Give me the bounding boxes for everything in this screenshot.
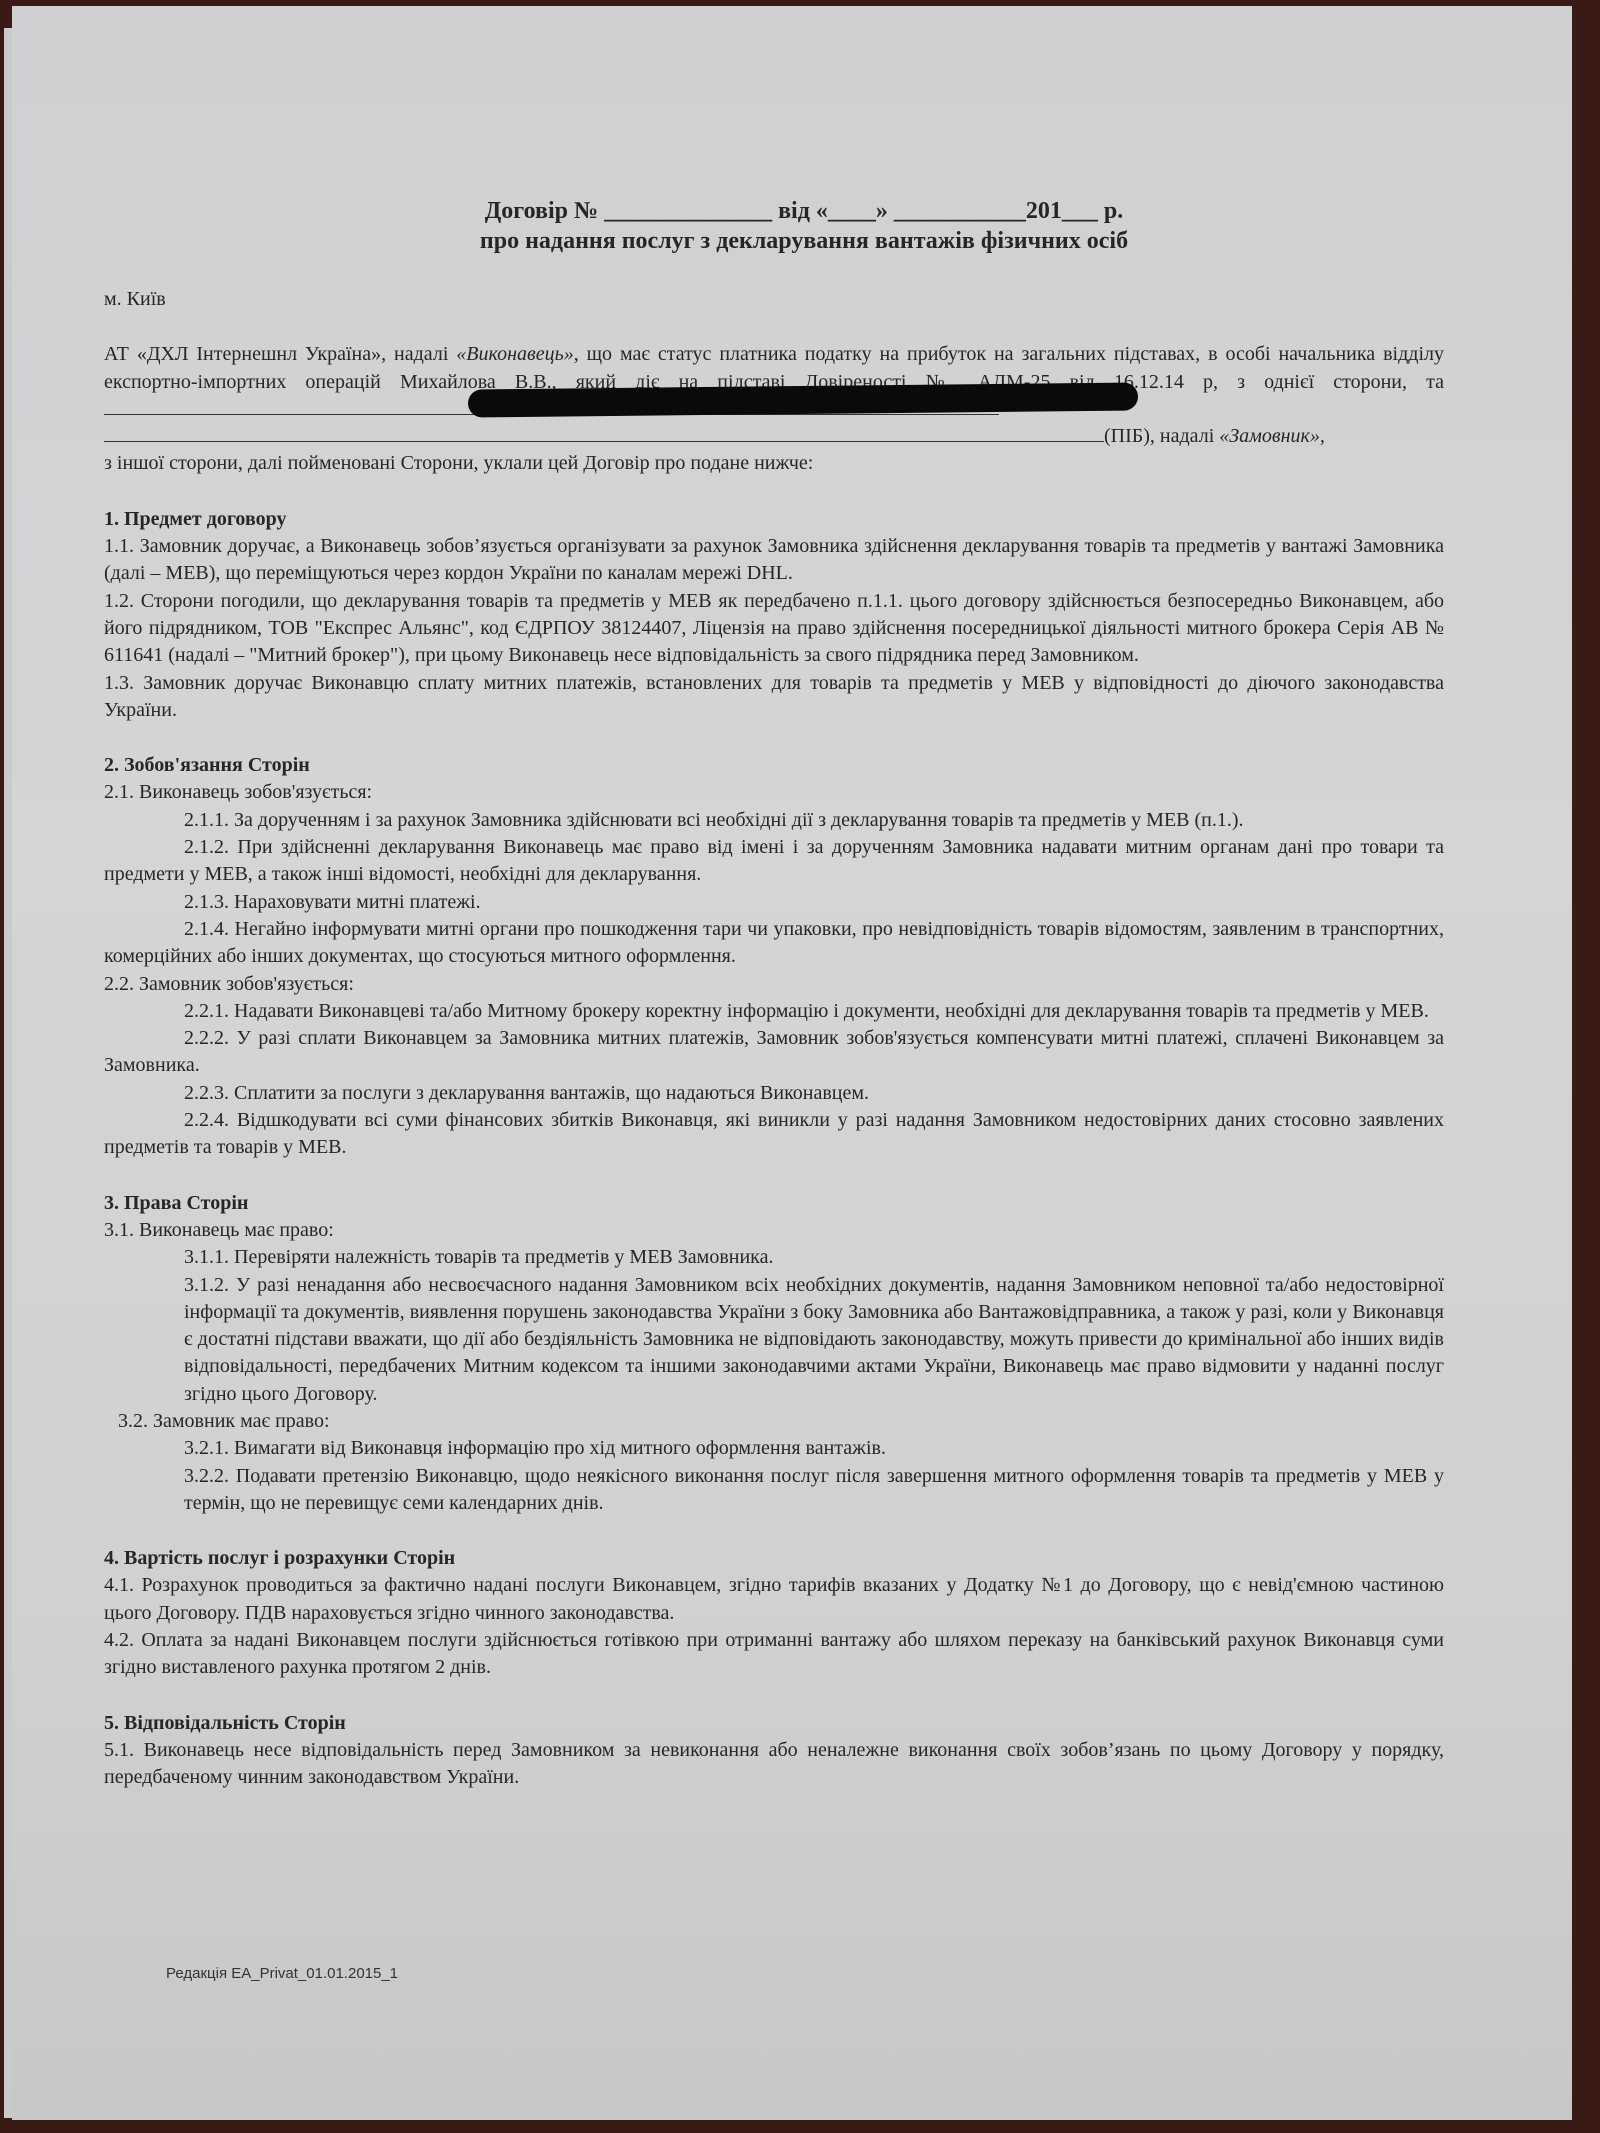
title-line-1: Договір № ______________ від «____» ____… xyxy=(164,196,1444,226)
title-line-2: про надання послуг з декларування вантаж… xyxy=(164,226,1444,256)
section-heading: 2. Зобов'язання Сторін xyxy=(104,752,1444,779)
clause: 1.2. Сторони погодили, що декларування т… xyxy=(104,588,1444,670)
revision-footer: Редакція EA_Privat_01.01.2015_1 xyxy=(166,1965,398,1982)
clause: 2.1.4. Негайно інформувати митні органи … xyxy=(104,916,1444,971)
clause: 4.1. Розрахунок проводиться за фактично … xyxy=(104,1572,1444,1627)
clause: 3.2.2. Подавати претензію Виконавцю, щод… xyxy=(104,1463,1444,1518)
city: м. Київ xyxy=(104,286,1444,313)
clause: 2.1.1. За дорученням і за рахунок Замовн… xyxy=(104,807,1444,834)
document-page: Договір № ______________ від «____» ____… xyxy=(12,6,1572,2120)
section-heading: 3. Права Сторін xyxy=(104,1190,1444,1217)
subsection: 3.2. Замовник має право: xyxy=(104,1408,1444,1435)
subsection: 3.1. Виконавець має право: xyxy=(104,1217,1444,1244)
clause: 3.1.2. У разі ненадання або несвоєчасног… xyxy=(104,1272,1444,1408)
section-2: 2. Зобов'язання Сторін 2.1. Виконавець з… xyxy=(104,752,1444,1161)
executor-alias: «Виконавець» xyxy=(456,343,573,365)
document-body: Договір № ______________ від «____» ____… xyxy=(104,196,1444,1792)
customer-alias: «Замовник», xyxy=(1219,425,1325,447)
section-1: 1. Предмет договору 1.1. Замовник доруча… xyxy=(104,506,1444,724)
section-3: 3. Права Сторін 3.1. Виконавець має прав… xyxy=(104,1190,1444,1518)
subsection: 2.2. Замовник зобов'язується: xyxy=(104,971,1444,998)
clause: 3.2.1. Вимагати від Виконавця інформацію… xyxy=(104,1435,1444,1462)
clause: 2.2.2. У разі сплати Виконавцем за Замов… xyxy=(104,1025,1444,1080)
clause: 2.1.2. При здійсненні декларування Викон… xyxy=(104,834,1444,889)
clause: 1.3. Замовник доручає Виконавцю сплату м… xyxy=(104,670,1444,725)
clause: 1.1. Замовник доручає, а Виконавець зобо… xyxy=(104,533,1444,588)
clause: 2.2.4. Відшкодувати всі суми фінансових … xyxy=(104,1107,1444,1162)
section-heading: 4. Вартість послуг і розрахунки Сторін xyxy=(104,1545,1444,1572)
subsection: 2.1. Виконавець зобов'язується: xyxy=(104,779,1444,806)
customer-name-field-cont[interactable] xyxy=(104,423,1104,442)
section-5: 5. Відповідальність Сторін 5.1. Виконаве… xyxy=(104,1710,1444,1792)
clause: 2.2.1. Надавати Виконавцеві та/або Митно… xyxy=(104,998,1444,1025)
document-title: Договір № ______________ від «____» ____… xyxy=(104,196,1444,256)
section-heading: 5. Відповідальність Сторін xyxy=(104,1710,1444,1737)
clause: 2.2.3. Сплатити за послуги з декларуванн… xyxy=(104,1080,1444,1107)
clause: 4.2. Оплата за надані Виконавцем послуги… xyxy=(104,1627,1444,1682)
section-4: 4. Вартість послуг і розрахунки Сторін 4… xyxy=(104,1545,1444,1681)
clause: 3.1.1. Перевіряти належність товарів та … xyxy=(104,1244,1444,1271)
clause: 2.1.3. Нараховувати митні платежі. xyxy=(104,889,1444,916)
clause: 5.1. Виконавець несе відповідальність пе… xyxy=(104,1737,1444,1792)
section-heading: 1. Предмет договору xyxy=(104,506,1444,533)
